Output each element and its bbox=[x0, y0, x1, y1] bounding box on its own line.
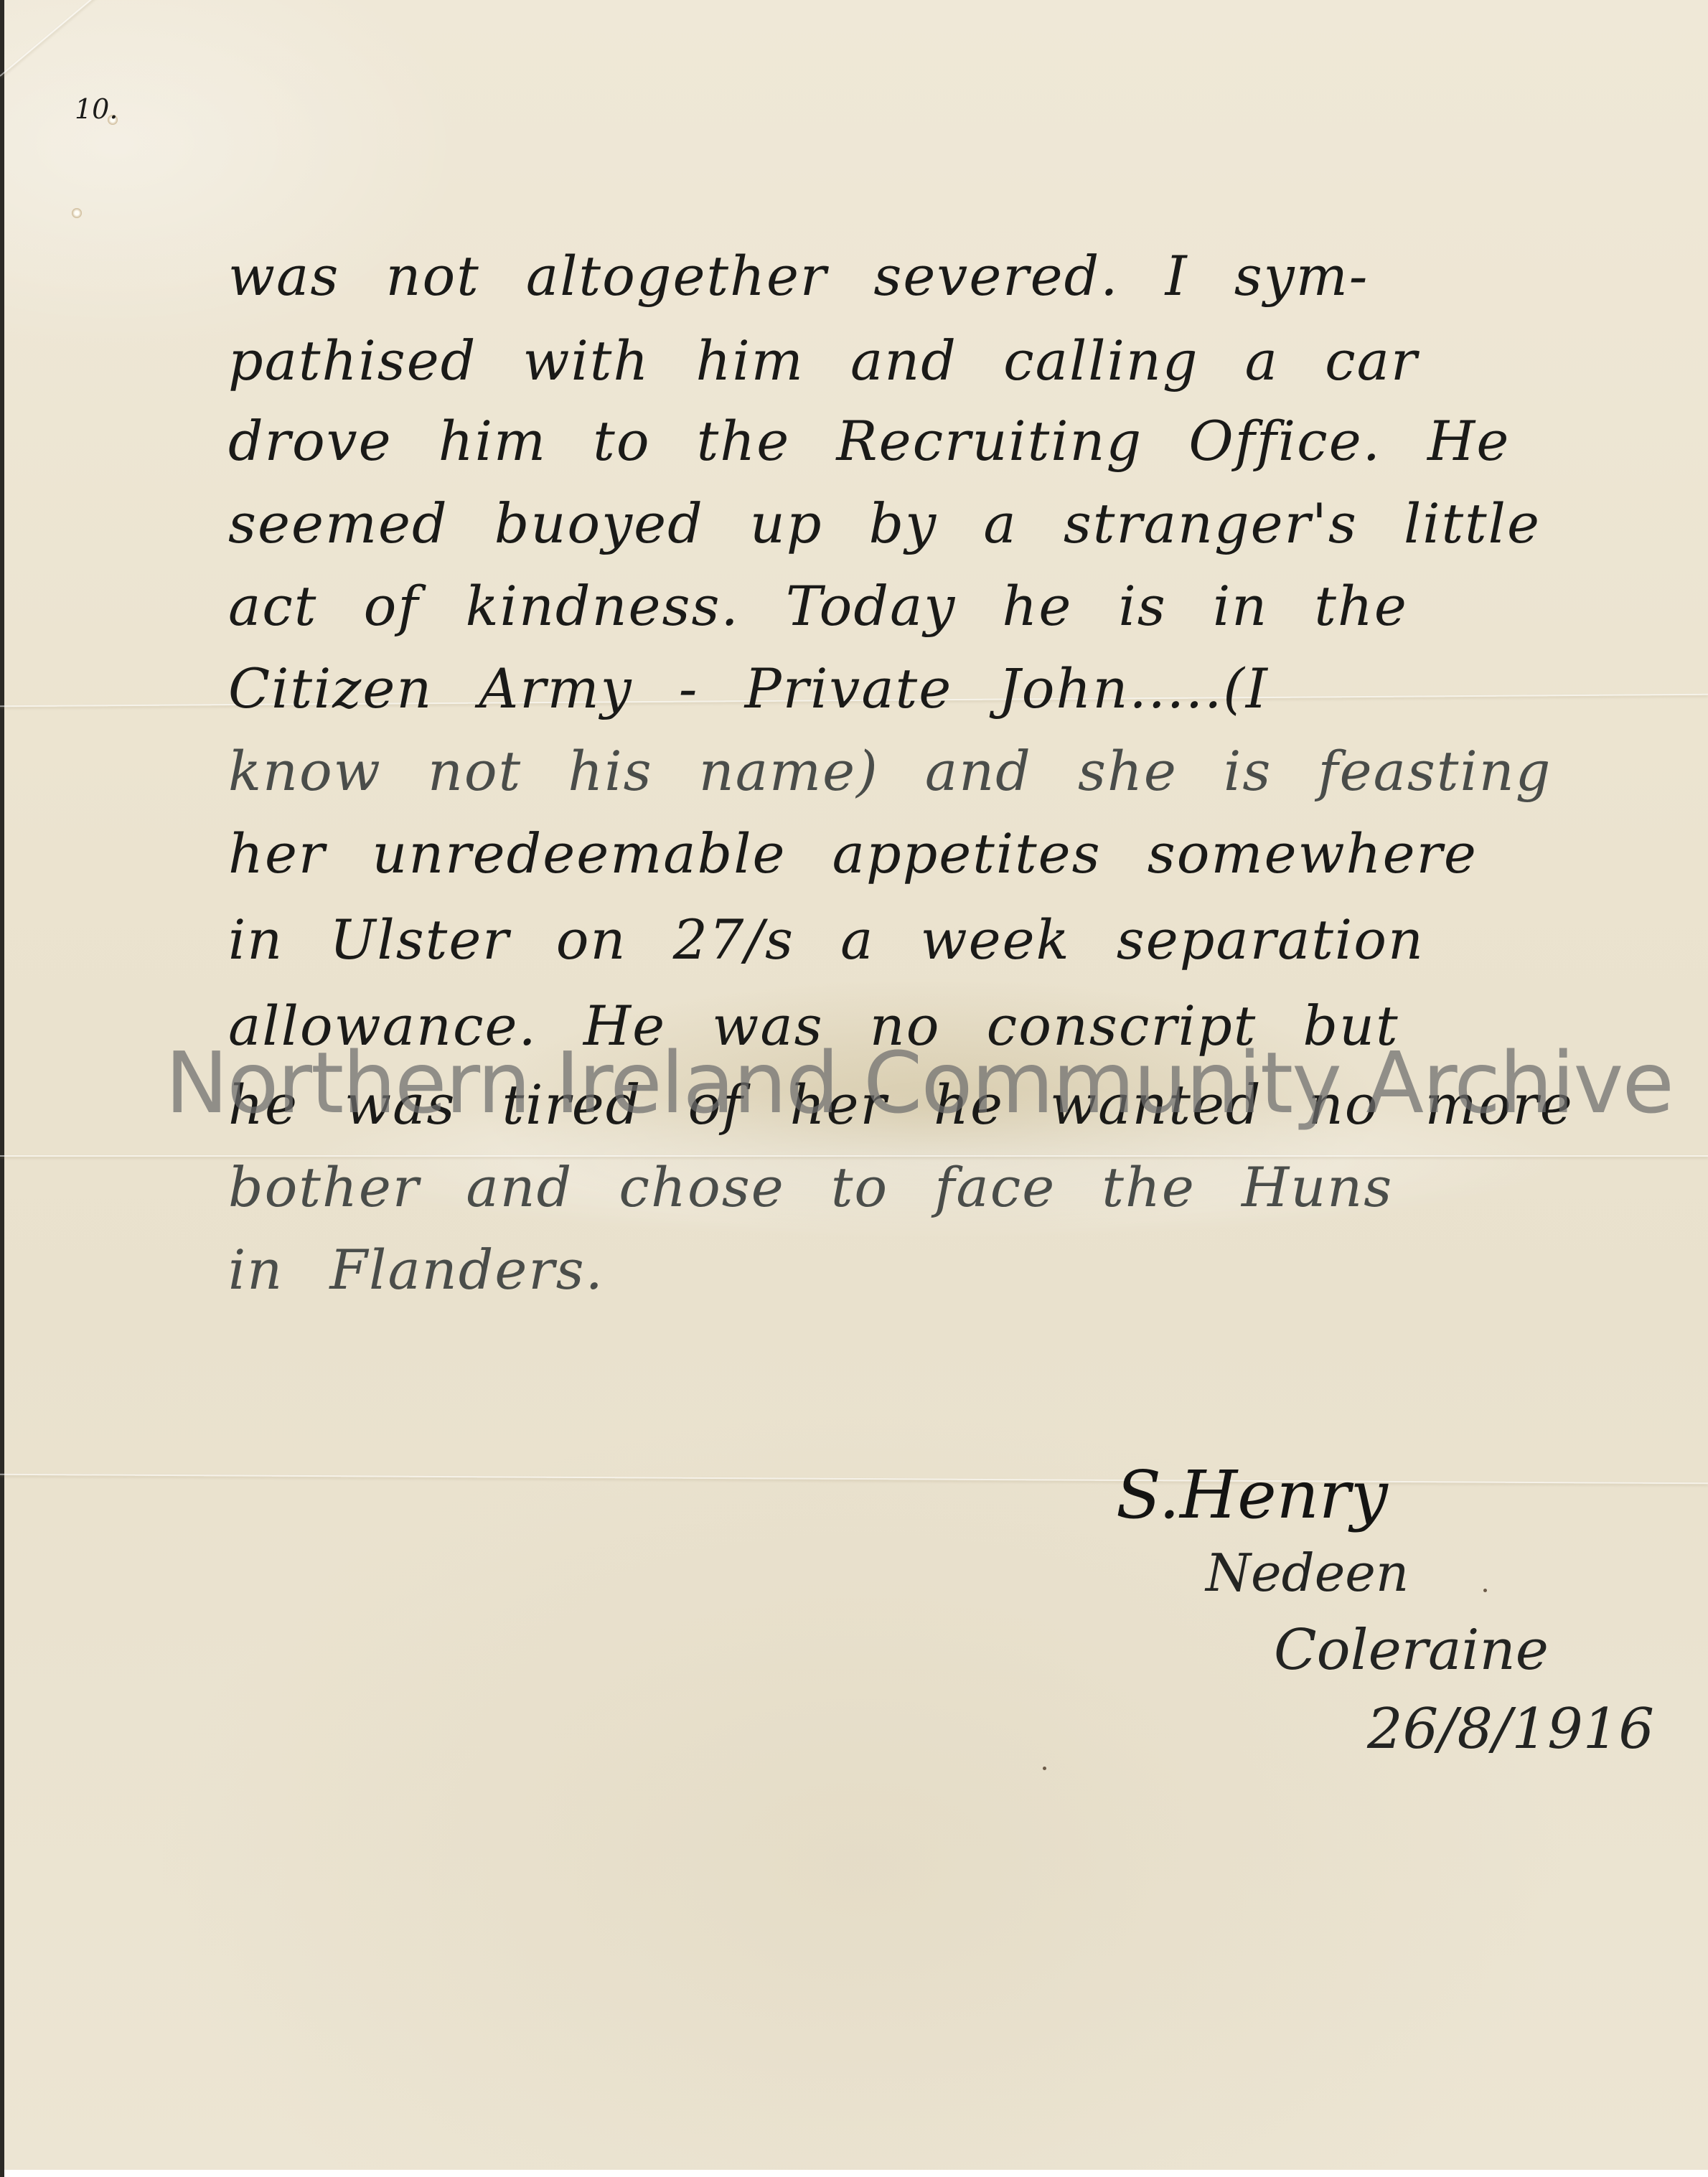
paper-fold-line bbox=[0, 1474, 1708, 1484]
letter-line-13: in Flanders. bbox=[228, 1238, 604, 1302]
letter-line-6: Citizen Army - Private John.....(I bbox=[228, 657, 1269, 720]
signature-town: Coleraine bbox=[1274, 1618, 1549, 1683]
letter-line-1: was not altogether severed. I sym- bbox=[228, 244, 1369, 308]
signature-house-name: Nedeen bbox=[1206, 1543, 1409, 1603]
paper-crease-mark bbox=[72, 208, 82, 218]
letter-line-7: know not his name) and she is feasting bbox=[228, 739, 1552, 803]
letter-line-12: bother and chose to face the Huns bbox=[228, 1155, 1393, 1219]
paper-speck bbox=[1483, 1589, 1487, 1592]
page-number: 10. bbox=[75, 93, 118, 125]
letter-line-10: allowance. He was no conscript but bbox=[228, 994, 1399, 1058]
letter-line-2: pathised with him and calling a car bbox=[228, 329, 1418, 392]
signature-name: S.Henry bbox=[1116, 1457, 1388, 1533]
letter-line-11: he was tired of her he wanted no more bbox=[228, 1073, 1574, 1137]
letter-line-5: act of kindness. Today he is in the bbox=[228, 574, 1408, 638]
signature-date: 26/8/1916 bbox=[1367, 1697, 1654, 1762]
paper-fold-line bbox=[0, 0, 100, 77]
letter-line-9: in Ulster on 27/s a week separation bbox=[228, 908, 1425, 972]
letter-line-8: her unredeemable appetites somewhere bbox=[228, 822, 1478, 885]
letter-line-3: drove him to the Recruiting Office. He bbox=[228, 409, 1510, 473]
letter-page: 10. was not altogether severed. I sym- p… bbox=[0, 0, 1708, 2177]
letter-line-4: seemed buoyed up by a stranger's little bbox=[228, 492, 1541, 555]
paper-speck bbox=[1043, 1767, 1046, 1770]
